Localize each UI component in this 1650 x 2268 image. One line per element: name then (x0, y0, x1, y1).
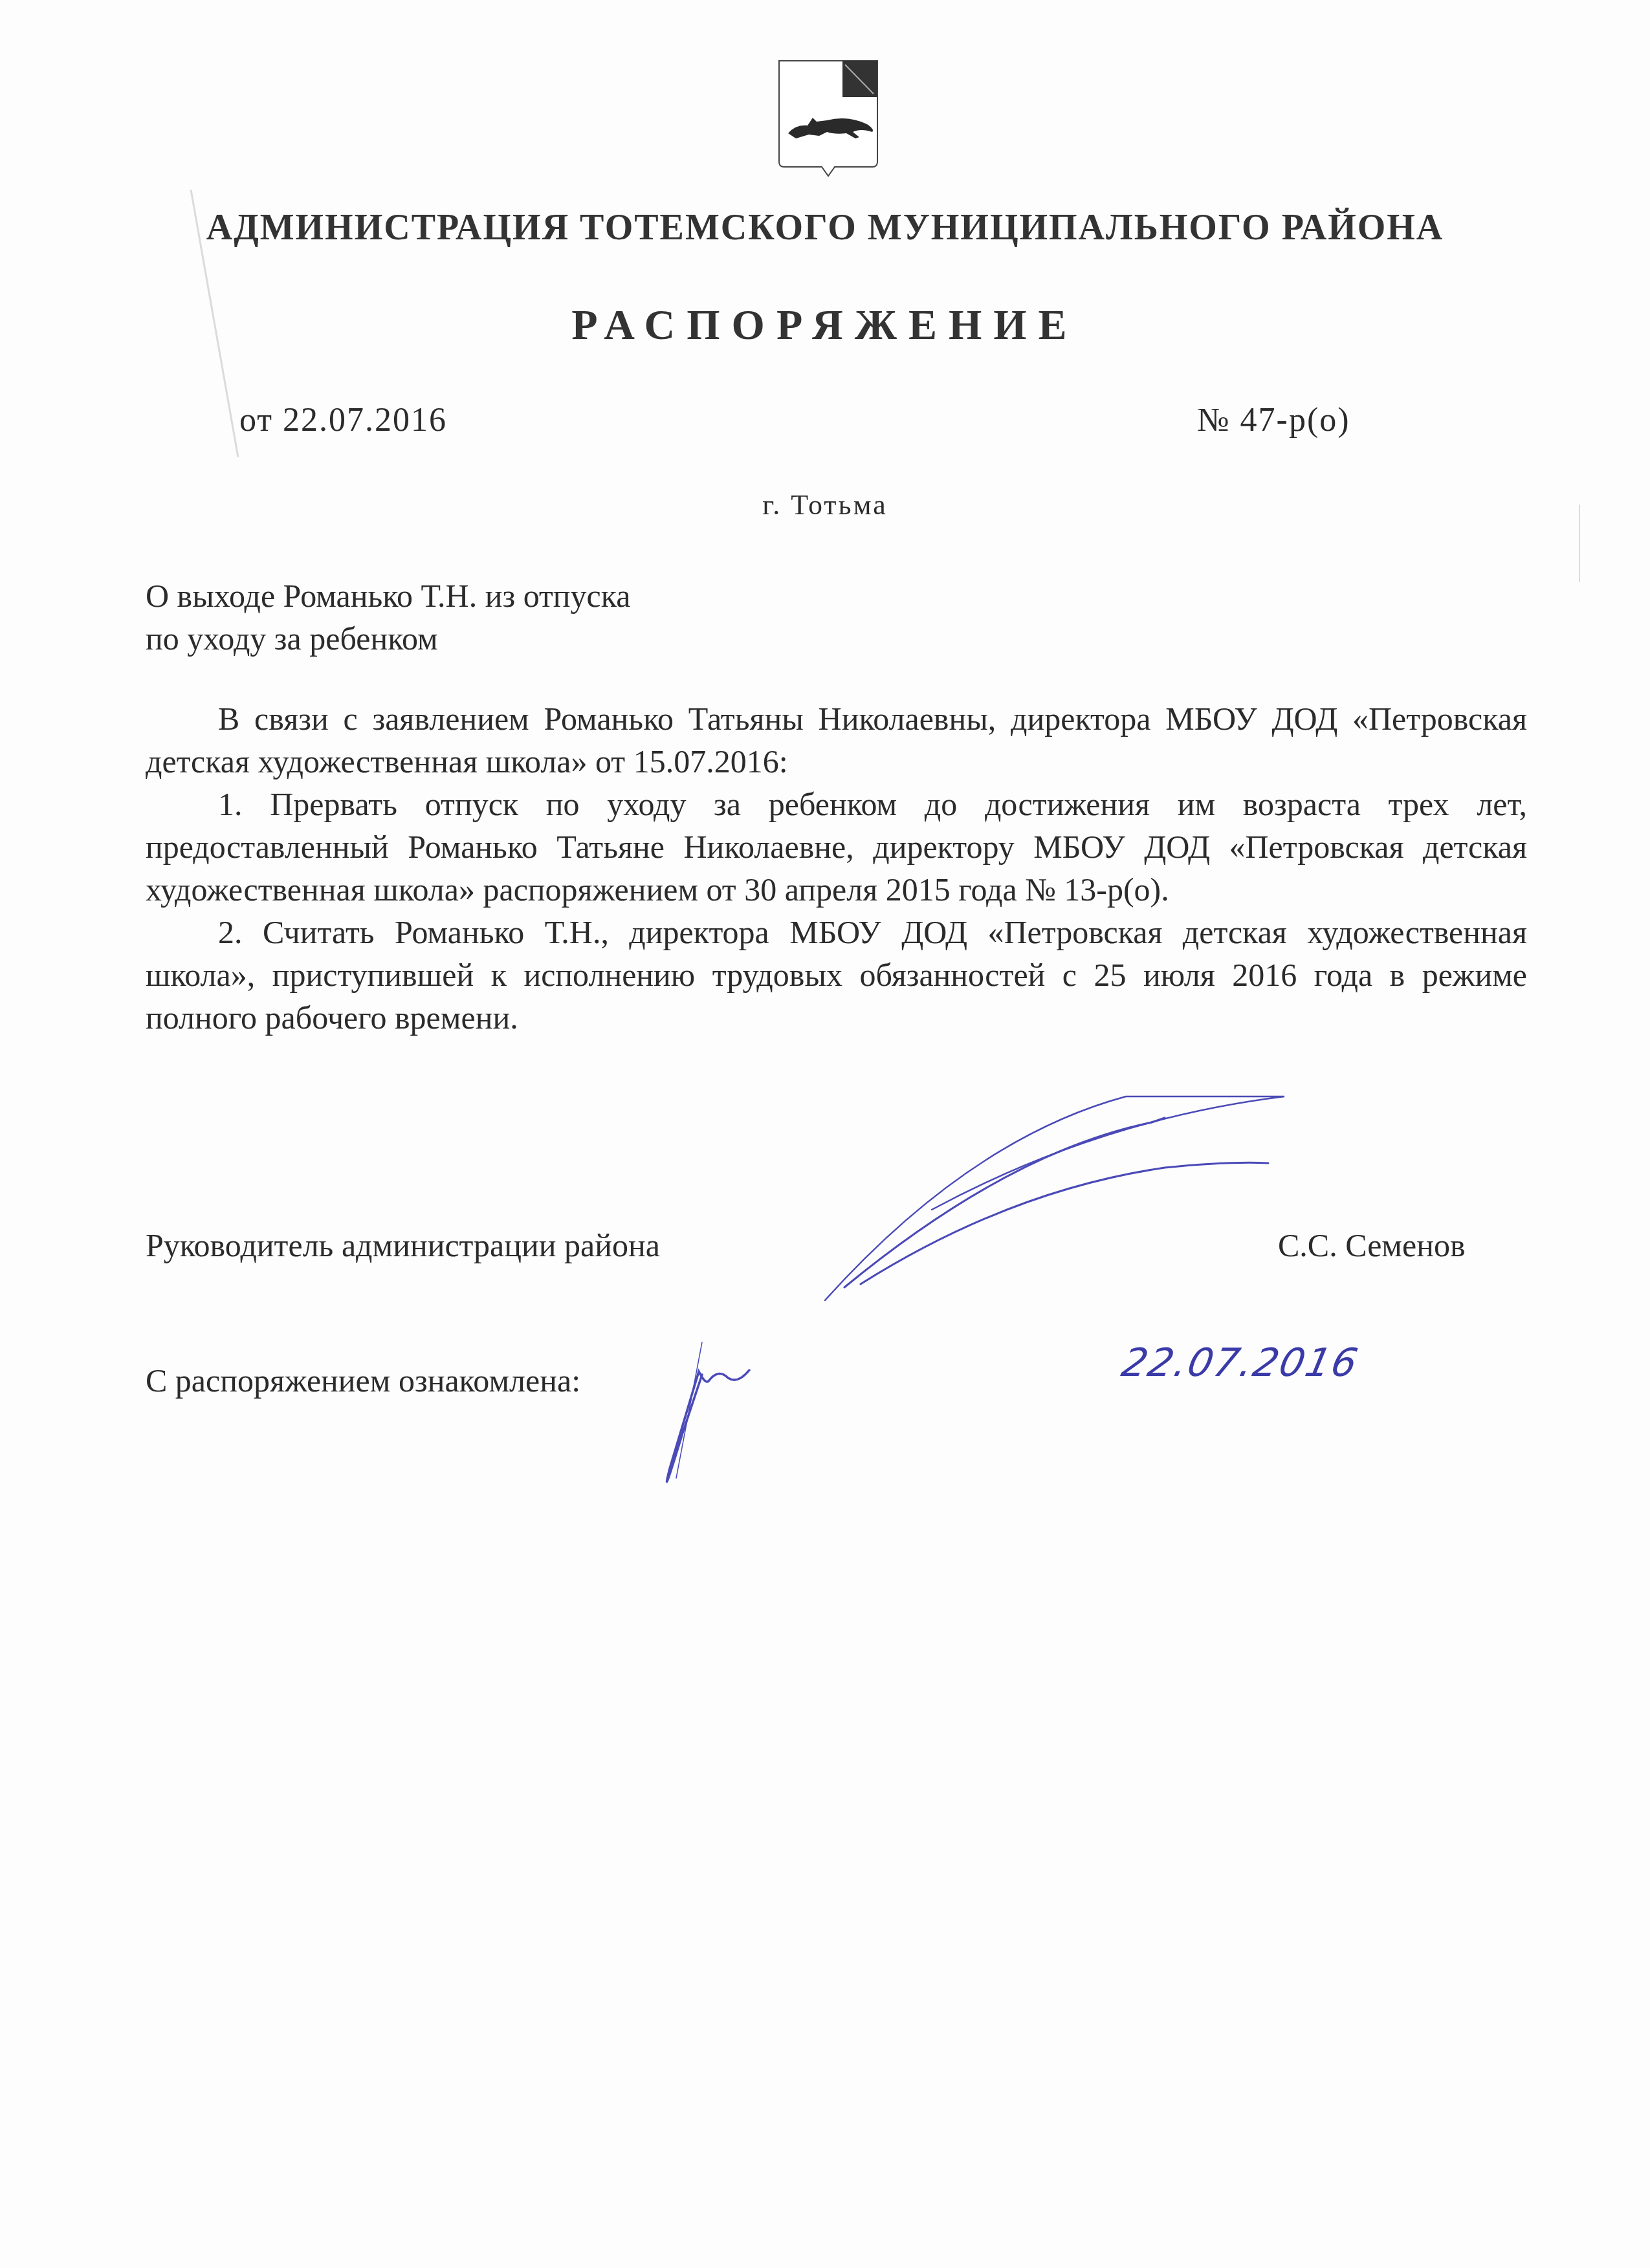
document-page: АДМИНИСТРАЦИЯ ТОТЕМСКОГО МУНИЦИПАЛЬНОГО … (0, 0, 1650, 2268)
subject-line-2: по уходу за ребенком (146, 617, 631, 660)
signatory-role: Руководитель администрации района (146, 1227, 660, 1264)
subject-line-1: О выходе Романько Т.Н. из отпуска (146, 574, 631, 617)
document-type-title: РАСПОРЯЖЕНИЕ (0, 301, 1650, 350)
document-number: № 47-р(о) (1197, 401, 1350, 439)
body-preamble: В связи с заявлением Романько Татьяны Ни… (146, 697, 1527, 783)
document-date: от 22.07.2016 (239, 401, 447, 439)
organization-heading: АДМИНИСТРАЦИЯ ТОТЕМСКОГО МУНИЦИПАЛЬНОГО … (0, 207, 1650, 248)
head-signature-icon (825, 1096, 1284, 1300)
signatory-name: С.С. Семенов (1278, 1227, 1466, 1264)
document-subject: О выходе Романько Т.Н. из отпуска по ухо… (146, 574, 631, 660)
employee-signature-icon (667, 1370, 750, 1482)
scan-artifact (1579, 505, 1580, 582)
acknowledgement-label: С распоряжением ознакомлена: (146, 1362, 580, 1399)
body-item-2: 2. Считать Романько Т.Н., директора МБОУ… (146, 911, 1527, 1039)
handwritten-date: 22.07.2016 (1118, 1340, 1363, 1386)
document-city: г. Тотьма (0, 488, 1650, 521)
coat-of-arms-icon (776, 58, 880, 181)
document-body: В связи с заявлением Романько Татьяны Ни… (146, 697, 1527, 1039)
body-item-1: 1. Прервать отпуск по уходу за ребенком … (146, 783, 1527, 911)
